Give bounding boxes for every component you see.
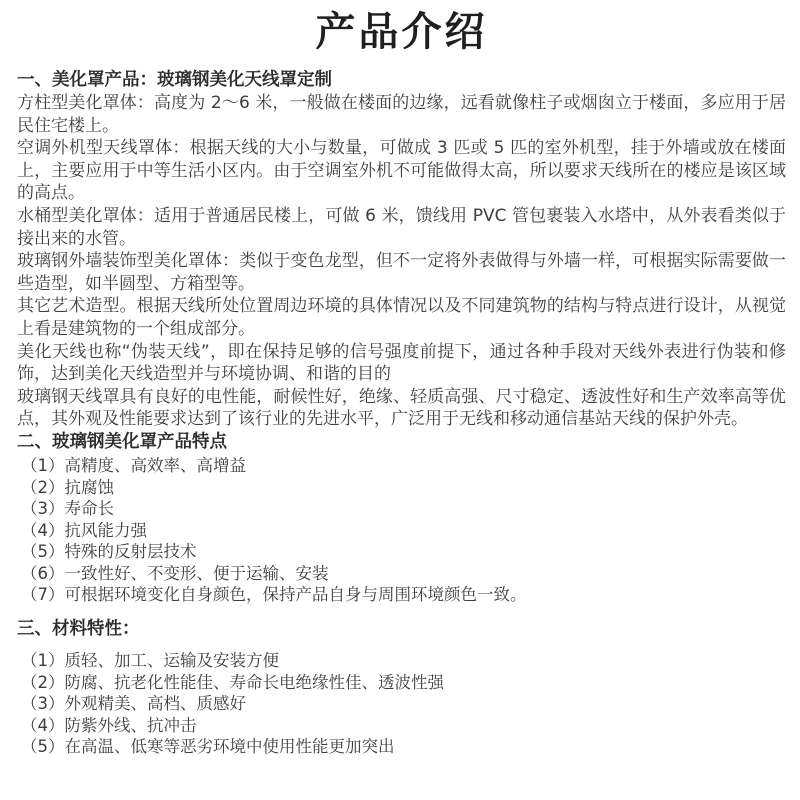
product-introduction-document: 产品介绍 一、美化罩产品：玻璃钢美化天线罩定制 方柱型美化罩体：高度为 2～6 … — [0, 0, 800, 758]
feature-item: （5）特殊的反射层技术 — [17, 541, 786, 563]
material-item: （3）外观精美、高档、质感好 — [17, 693, 786, 715]
paragraph-square-column-cover: 方柱型美化罩体：高度为 2～6 米，一般做在楼面的边缘，远看就像柱子或烟囱立于楼… — [17, 92, 786, 137]
material-item: （1）质轻、加工、运输及安装方便 — [17, 650, 786, 672]
feature-item: （3）寿命长 — [17, 498, 786, 520]
section-material-properties: 三、材料特性： （1）质轻、加工、运输及安装方便 （2）防腐、抗老化性能佳、寿命… — [17, 618, 786, 758]
section-product-features: 二、玻璃钢美化罩产品特点 （1）高精度、高效率、高增益 （2）抗腐蚀 （3）寿命… — [17, 431, 786, 606]
feature-item: （6）一致性好、不变形、便于运输、安装 — [17, 563, 786, 585]
paragraph-ac-unit-cover: 空调外机型天线罩体：根据天线的大小与数量，可做成 3 匹或 5 匹的室外机型，挂… — [17, 137, 786, 205]
paragraph-water-bucket-cover: 水桶型美化罩体：适用于普通居民楼上，可做 6 米，馈线用 PVC 管包裹装入水塔… — [17, 205, 786, 250]
feature-item: （7）可根据环境变化自身颜色，保持产品自身与周围环境颜色一致。 — [17, 584, 786, 606]
feature-item: （4）抗风能力强 — [17, 520, 786, 542]
paragraph-frp-radome-advantages: 玻璃钢天线罩具有良好的电性能，耐候性好，绝缘、轻质高强、尺寸稳定、透波性好和生产… — [17, 386, 786, 431]
section-beautified-cover-products: 一、美化罩产品：玻璃钢美化天线罩定制 方柱型美化罩体：高度为 2～6 米，一般做… — [17, 69, 786, 431]
section-3-heading: 三、材料特性： — [17, 618, 786, 641]
material-item: （5）在高温、低寒等恶劣环境中使用性能更加突出 — [17, 736, 786, 758]
paragraph-camouflage-antenna: 美化天线也称“伪装天线”，即在保持足够的信号强度前提下，通过各种手段对天线外表进… — [17, 341, 786, 386]
feature-item: （1）高精度、高效率、高增益 — [17, 455, 786, 477]
feature-item: （2）抗腐蚀 — [17, 477, 786, 499]
product-feature-list: （1）高精度、高效率、高增益 （2）抗腐蚀 （3）寿命长 （4）抗风能力强 （5… — [17, 455, 786, 606]
material-item: （2）防腐、抗老化性能佳、寿命长电绝缘性佳、透波性强 — [17, 672, 786, 694]
section-1-heading: 一、美化罩产品：玻璃钢美化天线罩定制 — [17, 69, 786, 92]
material-property-list: （1）质轻、加工、运输及安装方便 （2）防腐、抗老化性能佳、寿命长电绝缘性佳、透… — [17, 650, 786, 758]
page-title: 产品介绍 — [17, 8, 786, 56]
material-item: （4）防紫外线、抗冲击 — [17, 715, 786, 737]
paragraph-artistic-shapes: 其它艺术造型。根据天线所处位置周边环境的具体情况以及不同建筑物的结构与特点进行设… — [17, 295, 786, 340]
section-2-heading: 二、玻璃钢美化罩产品特点 — [17, 431, 786, 454]
paragraph-wall-decoration-cover: 玻璃钢外墙装饰型美化罩体：类似于变色龙型，但不一定将外表做得与外墙一样，可根据实… — [17, 250, 786, 295]
